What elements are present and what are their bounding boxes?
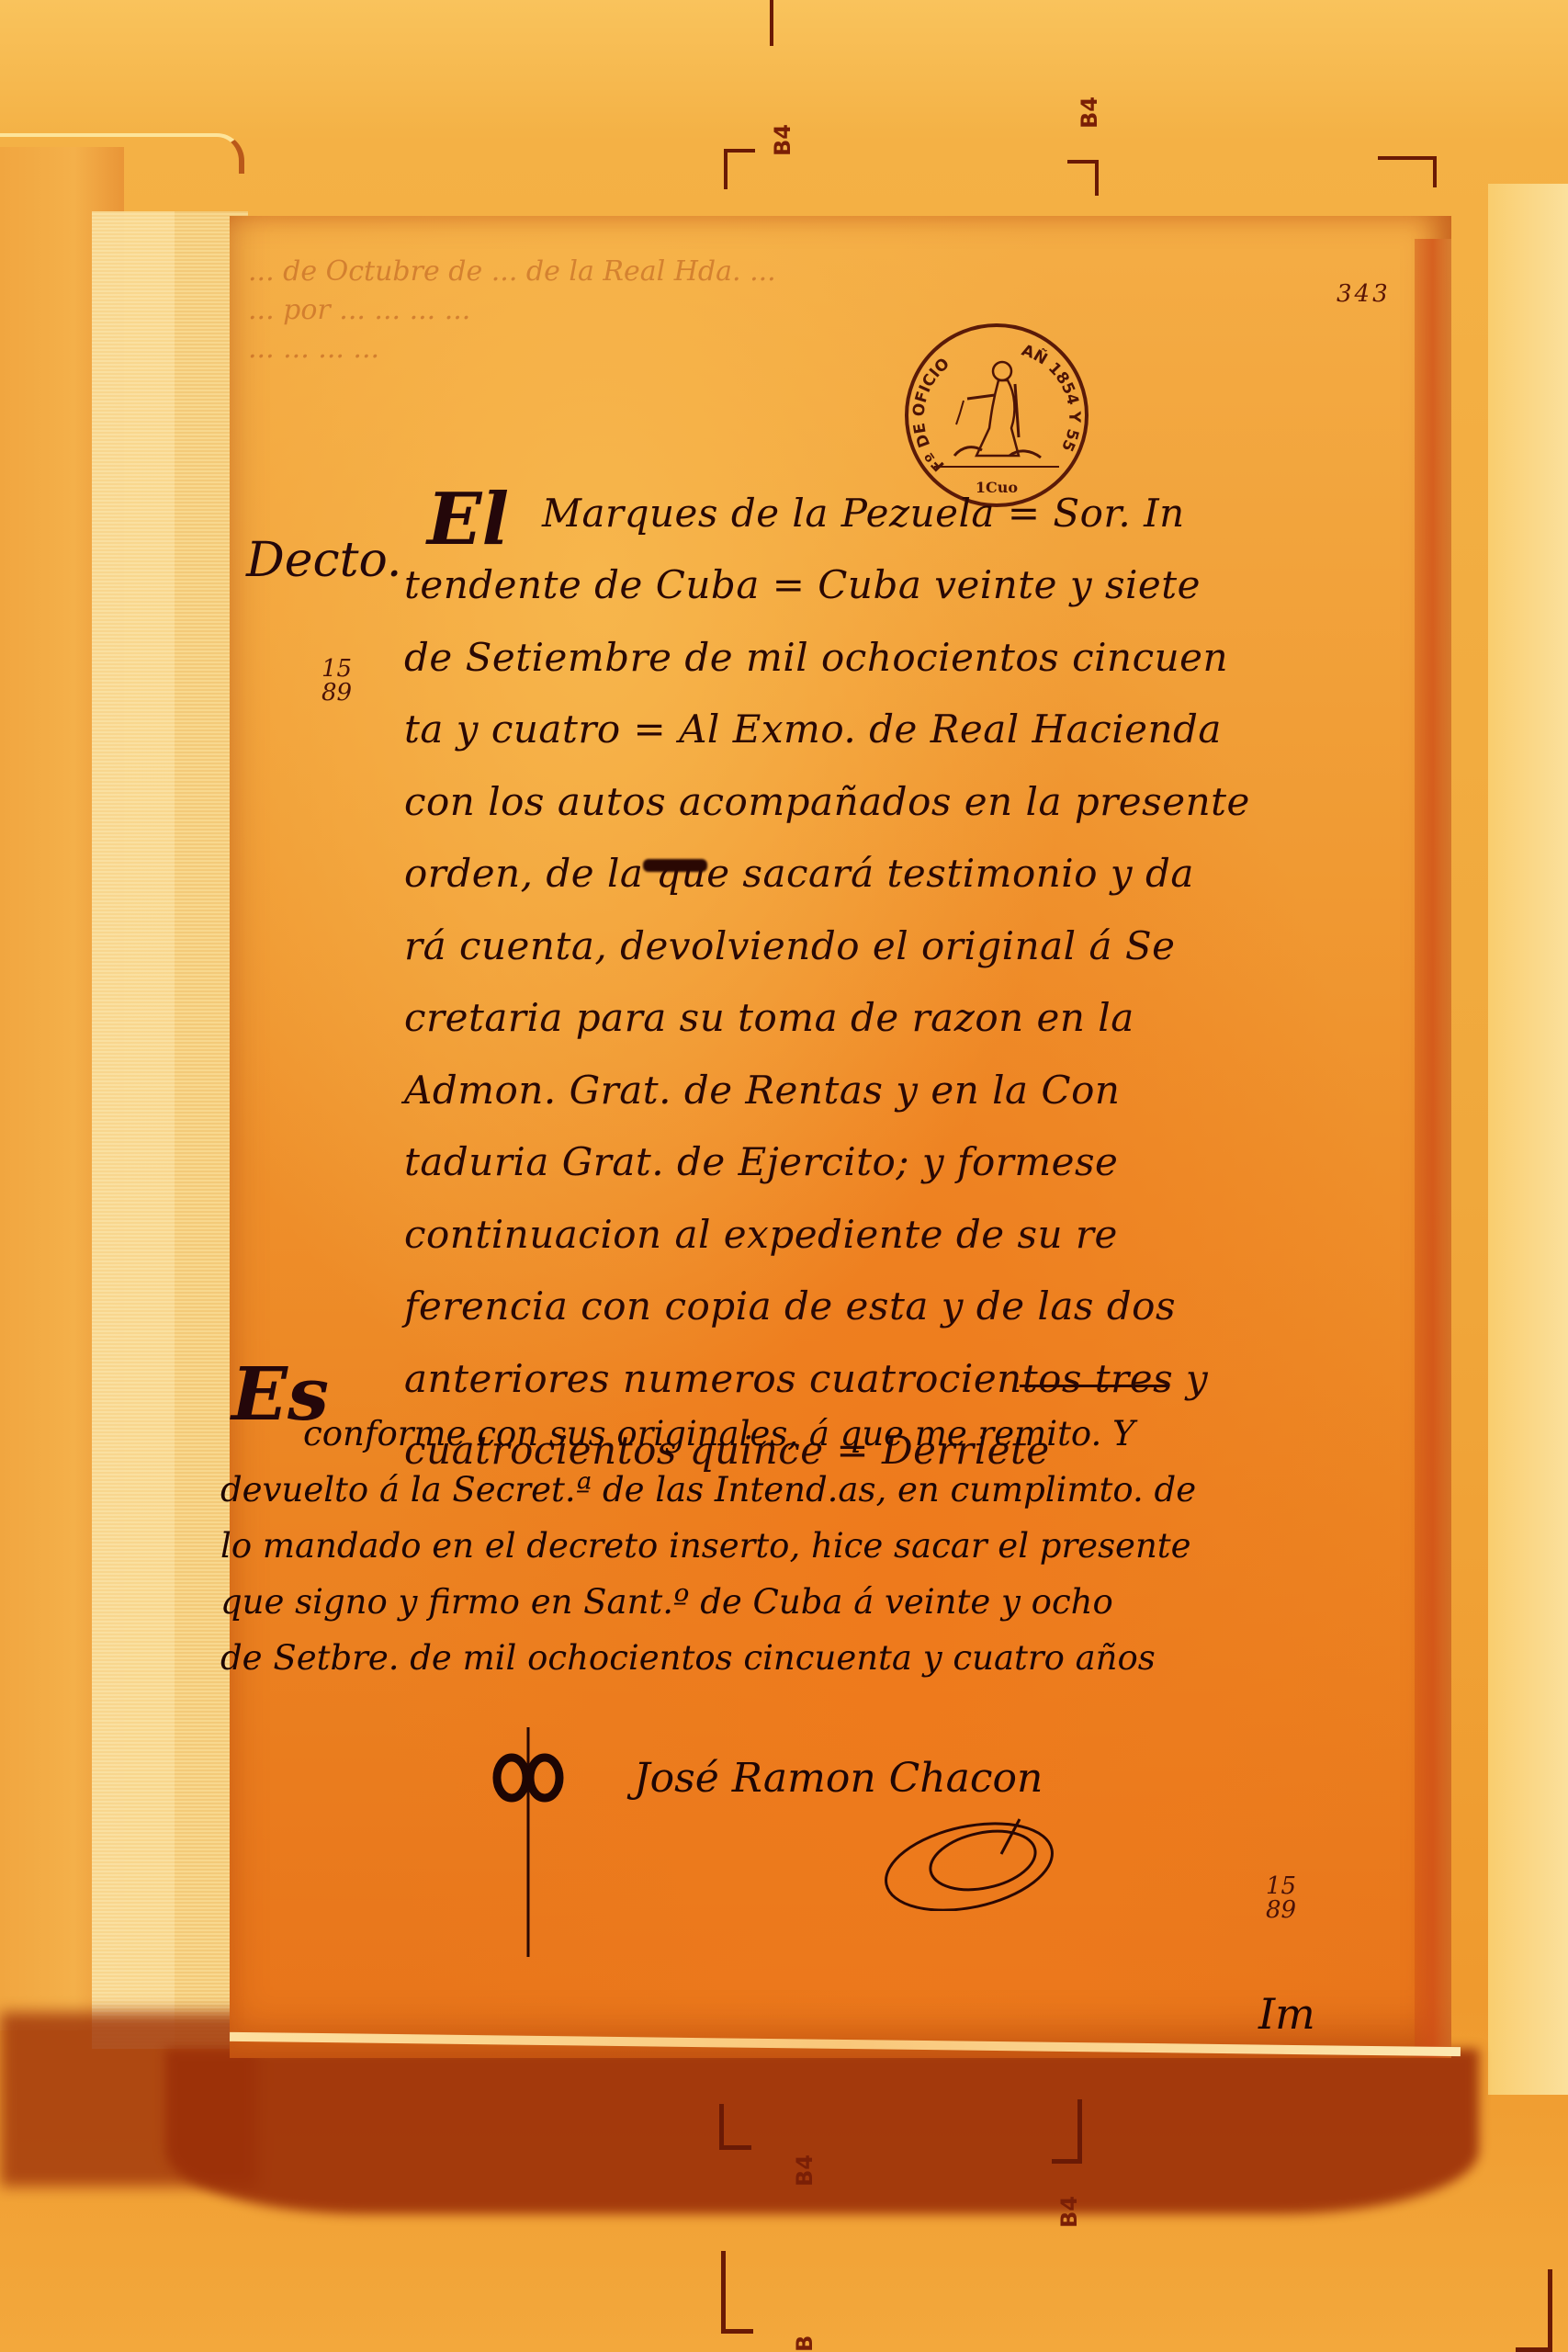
crop-mark-top-right (1378, 156, 1437, 187)
crop-mark-top-left (770, 0, 773, 46)
decree-line: de Setiembre de mil ochocientos cincuen (404, 622, 1249, 695)
binder-edge (0, 133, 244, 174)
decree-line: taduria Grat. de Ejercito; y formese (404, 1126, 1249, 1199)
decree-line: Admon. Grat. de Rentas y en la Con (404, 1055, 1249, 1127)
page-right-fold (1415, 239, 1451, 2058)
decree-line: continuacion al expediente de su re (404, 1199, 1249, 1272)
signature-name: José Ramon Chacon (634, 1755, 1043, 1802)
crop-label-bottom-left: B4 (792, 2154, 818, 2187)
strikethrough-blot (643, 859, 707, 872)
margin-reference-bottom: 15 89 (1266, 1874, 1296, 1922)
decree-line: cretaria para su toma de razon en la (404, 982, 1249, 1055)
certification-line: que signo y firmo en Sant.º de Cuba á ve… (220, 1574, 1405, 1630)
margin-ref-denominator: 89 (321, 681, 352, 705)
svg-text:AÑ 1854 Y 55: AÑ 1854 Y 55 (1019, 342, 1083, 455)
crop-mark-top-b4-left (724, 149, 755, 189)
crop-mark-bottom-b4-right (1052, 2099, 1082, 2164)
svg-text:Fº DE OFICIO: Fº DE OFICIO (910, 355, 953, 475)
closing-rule (1020, 1385, 1167, 1387)
margin-ref-denominator: 89 (1266, 1898, 1296, 1922)
crop-label-bottom-far-left: B (792, 2335, 818, 2352)
right-support-panel (1488, 184, 1568, 2095)
decree-text: Marques de la Pezuela = Sor. In (542, 478, 1387, 550)
crop-label-bottom-right: B4 (1056, 2196, 1082, 2228)
margin-ref-numerator: 15 (321, 657, 352, 681)
certification-line: devuelto á la Secret.ª de las Intend.as,… (220, 1462, 1405, 1518)
decree-line: ta y cuatro = Al Exmo. de Real Hacienda (404, 694, 1249, 766)
notarial-cross-sign-icon (491, 1727, 565, 1957)
decree-line: con los autos acompañados en la presente (404, 766, 1249, 839)
decree-line: tendente de Cuba = Cuba veinte y siete (404, 549, 1249, 622)
crop-label-top-right: B4 (1077, 96, 1102, 129)
crop-mark-top-b4-right (1067, 160, 1099, 196)
decree-line: rá cuenta, devolviendo el original á Se (404, 910, 1249, 983)
shadow-bottom (165, 2049, 1479, 2214)
crop-mark-bottom-b4-left (719, 2104, 751, 2150)
crop-mark-bottom-far-left (721, 2251, 753, 2334)
certification-text: conforme con sus originales, á que me re… (220, 1406, 1405, 1686)
faint-header-line: ... de Octubre de ... de la Real Hda. ..… (248, 253, 1185, 291)
certification-line: conforme con sus originales, á que me re… (220, 1406, 1405, 1462)
decree-line: orden, de la que sacará testimonio y da (404, 838, 1249, 910)
decree-line: ferencia con copia de esta y de las dos (404, 1271, 1249, 1343)
decree-body: tendente de Cuba = Cuba veinte y siete d… (404, 549, 1249, 1487)
certification-line: lo mandado en el decreto inserto, hice s… (220, 1518, 1405, 1574)
crop-label-top-left: B4 (770, 124, 795, 156)
decree-line: anteriores numeros cuatrocientos tres y (404, 1343, 1249, 1416)
signature-flourish-icon (882, 1810, 1066, 1911)
stamp-right-text: AÑ 1854 Y 55 (1019, 342, 1083, 455)
decree-line: Marques de la Pezuela = Sor. In (542, 478, 1387, 550)
margin-note: Decto. (246, 533, 401, 588)
folio-number: 343 (1337, 280, 1391, 308)
faint-header-line: ... por ... ... ... ... (248, 291, 1185, 330)
margin-reference-top: 15 89 (321, 657, 352, 705)
margin-ref-numerator: 15 (1266, 1874, 1296, 1898)
crop-mark-bottom-far-right (1516, 2269, 1552, 2352)
certification-line: de Setbre. de mil ochocientos cincuenta … (220, 1630, 1405, 1686)
stamp-left-text: Fº DE OFICIO (910, 355, 953, 475)
end-mark: Im (1258, 1989, 1315, 2039)
